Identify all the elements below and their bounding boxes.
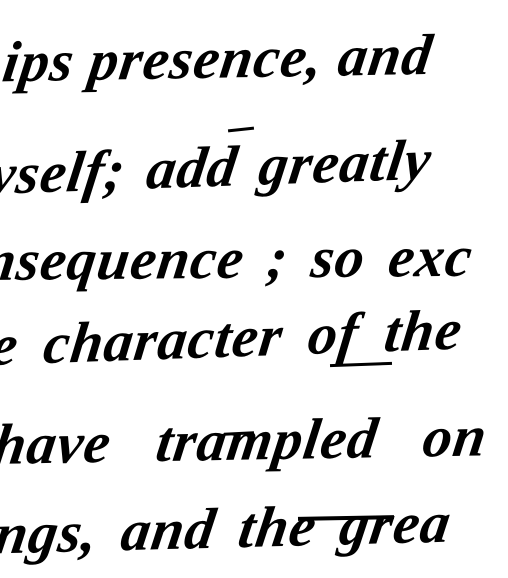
handwriting-line-5: have trampled on: [0, 407, 491, 474]
handwriting-line-2: yself; add greatly: [0, 131, 436, 204]
handwriting-line-4: e character of the: [0, 301, 466, 375]
handwriting-line-1: hips presence, and: [0, 26, 436, 92]
ink-artifact-dash: [228, 127, 254, 133]
manuscript-page: hips presence, and yself; add greatly ns…: [0, 0, 508, 578]
handwriting-line-3: nsequence ; so exc: [0, 228, 476, 290]
handwriting-line-6: ings, and the grea: [0, 494, 455, 564]
